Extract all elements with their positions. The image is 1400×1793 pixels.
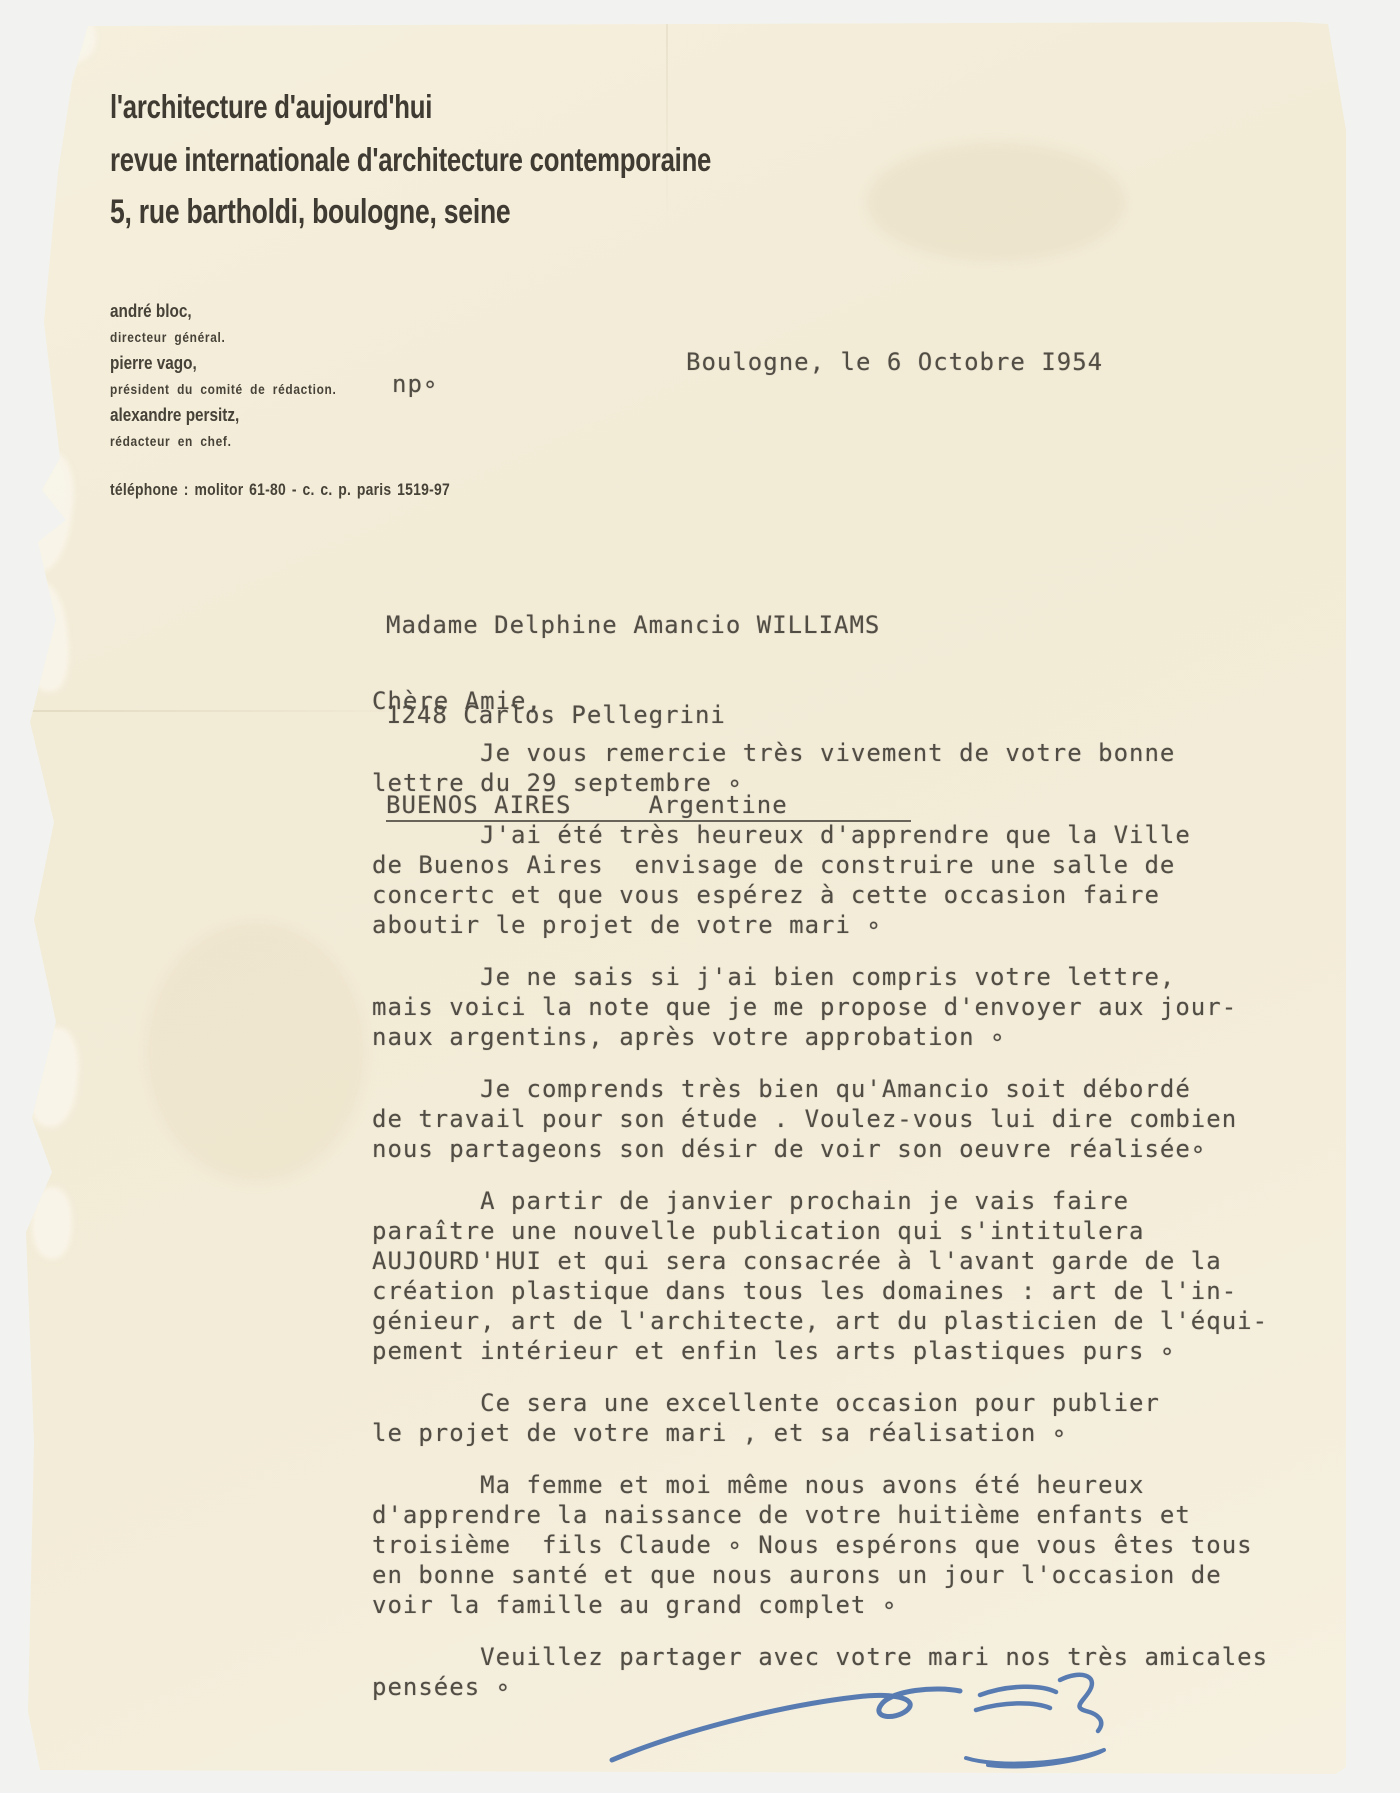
paper-stain — [866, 142, 1126, 262]
staff-role: directeur général. — [110, 324, 376, 350]
torn-corner-patch — [16, 10, 96, 66]
paragraph-6: Ce sera une excellente occasion pour pub… — [372, 1388, 1312, 1448]
letterhead-phone-line: téléphone : molitor 61-80 - c. c. p. par… — [110, 480, 525, 500]
staff-name: pierre vago, — [110, 350, 376, 376]
letterhead-title: l'architecture d'aujourd'hui — [110, 88, 523, 126]
salutation: Chère Amie, — [372, 686, 1312, 716]
letter-body: Chère Amie, Je vous remercie très viveme… — [372, 686, 1312, 1724]
letterhead-staff-block: andré bloc, directeur général. pierre va… — [110, 298, 376, 454]
torn-edge-patch — [24, 1025, 83, 1129]
torn-edge-patch — [32, 1187, 72, 1259]
staff-name: alexandre persitz, — [110, 402, 376, 428]
letterhead-subtitle: revue internationale d'architecture cont… — [110, 141, 881, 179]
torn-edge-patch — [16, 580, 73, 694]
torn-edge-patch — [10, 449, 80, 575]
letterhead-address-text: 5, rue bartholdi, boulogne, seine — [110, 193, 510, 232]
staff-role: président du comité de rédaction. — [110, 376, 376, 402]
typist-initials: np∘ — [392, 370, 438, 398]
paragraph-2: J'ai été très heureux d'apprendre que la… — [372, 820, 1312, 940]
scanned-letter-page: l'architecture d'aujourd'hui revue inter… — [0, 0, 1400, 1793]
signature-ink-scribble — [598, 1664, 1178, 1784]
paragraph-5: A partir de janvier prochain je vais fai… — [372, 1186, 1312, 1366]
paragraph-7: Ma femme et moi même nous avons été heur… — [372, 1470, 1312, 1620]
paper-crease — [666, 22, 668, 232]
letterhead-subtitle-text: revue internationale d'architecture cont… — [110, 141, 711, 179]
staff-role: rédacteur en chef. — [110, 428, 376, 454]
paragraph-4: Je comprends très bien qu'Amancio soit d… — [372, 1074, 1312, 1164]
letter-paper: l'architecture d'aujourd'hui revue inter… — [26, 22, 1346, 1774]
recipient-name: Madame Delphine Amancio WILLIAMS — [386, 610, 911, 640]
letterhead-address: 5, rue bartholdi, boulogne, seine — [110, 193, 623, 232]
date-line: Boulogne, le 6 Octobre I954 — [686, 348, 1103, 376]
paragraph-3: Je ne sais si j'ai bien compris votre le… — [372, 962, 1312, 1052]
paper-stain — [146, 922, 366, 1182]
letterhead-title-text: l'architecture d'aujourd'hui — [110, 88, 432, 126]
staff-name: andré bloc, — [110, 298, 376, 324]
paragraph-1: Je vous remercie très vivement de votre … — [372, 738, 1312, 798]
